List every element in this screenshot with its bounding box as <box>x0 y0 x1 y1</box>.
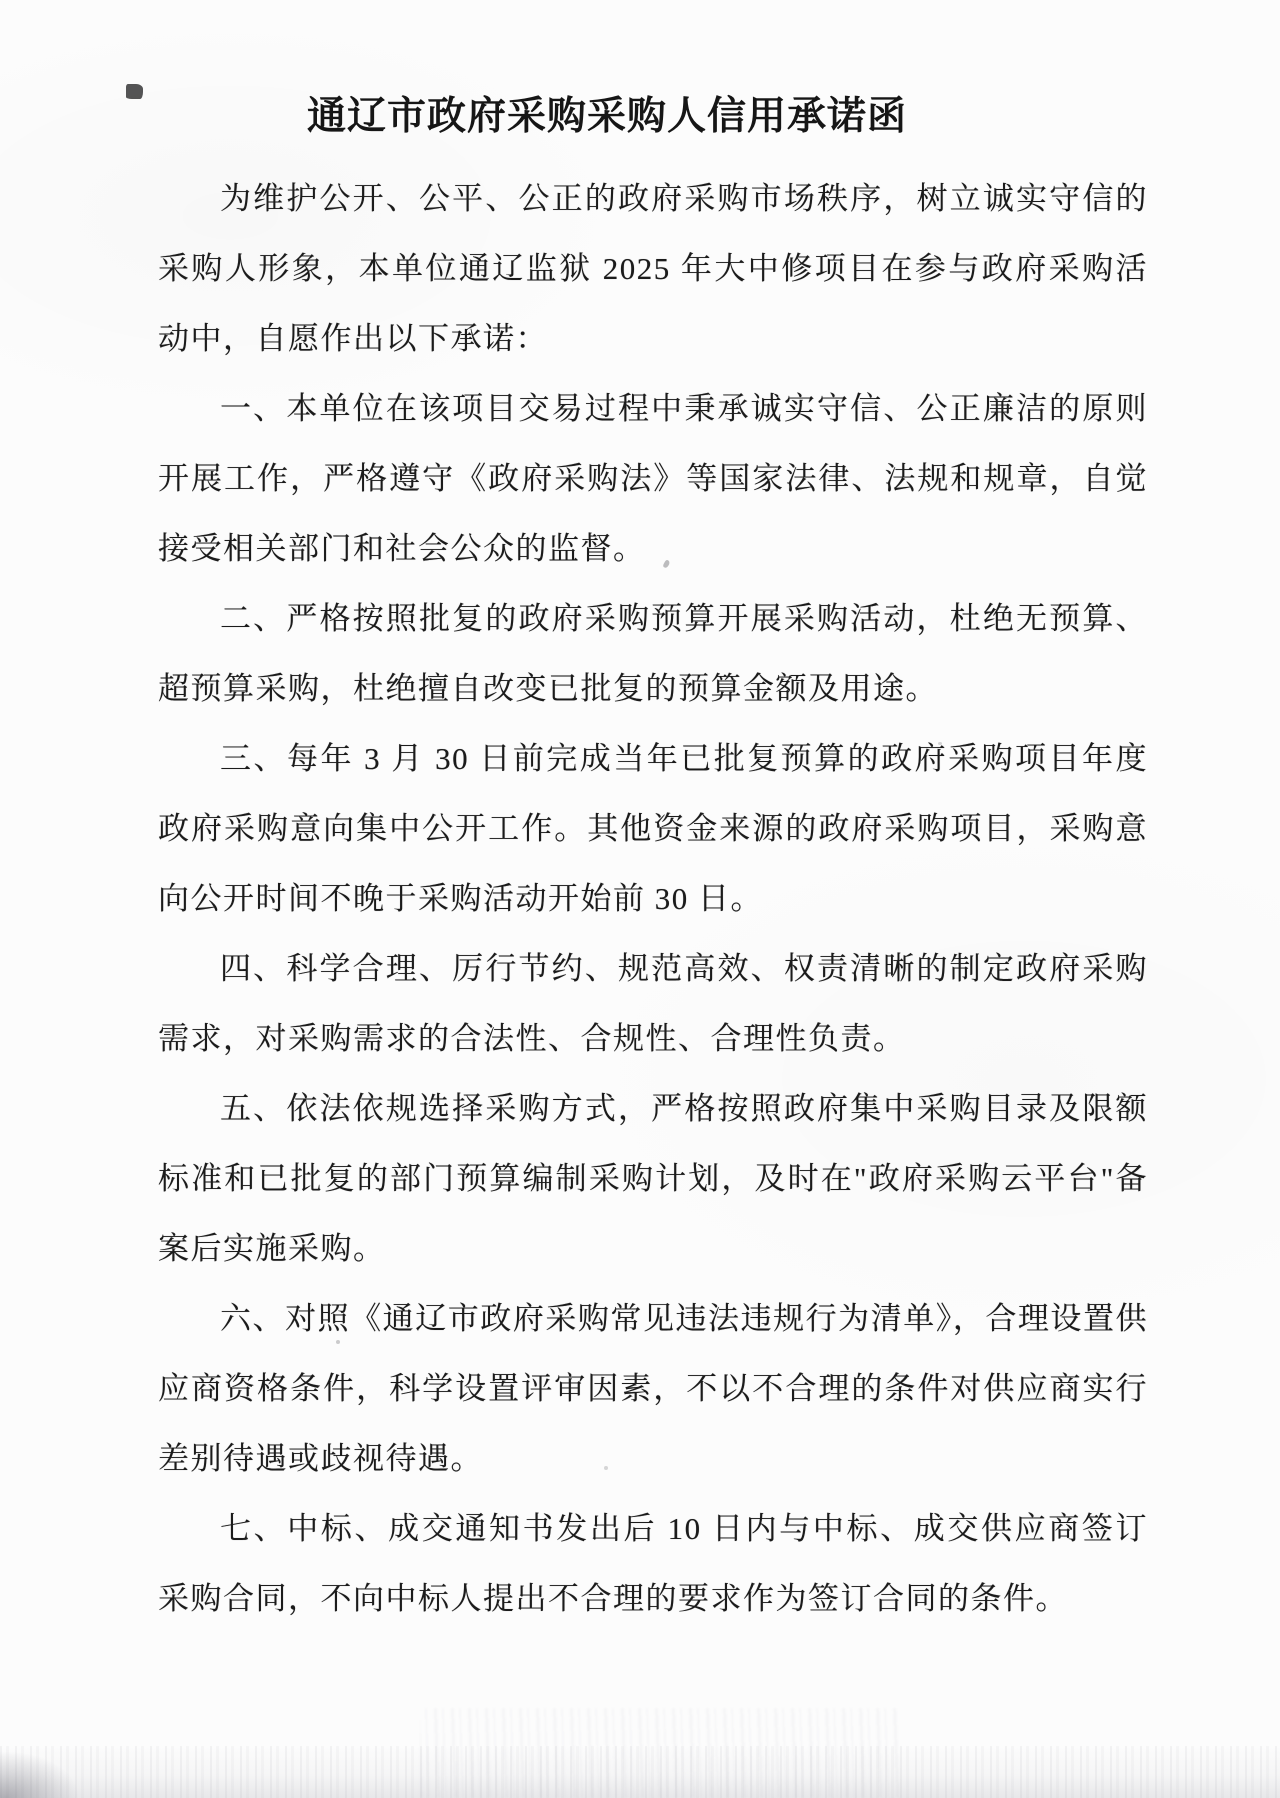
paragraph-item-5: 五、依法依规选择采购方式，严格按照政府集中采购目录及限额标准和已批复的部门预算编… <box>158 1074 1148 1284</box>
document-page: 通辽市政府采购采购人信用承诺函 为维护公开、公平、公正的政府采购市场秩序，树立诚… <box>0 0 1280 1798</box>
paragraph-item-7: 七、中标、成交通知书发出后 10 日内与中标、成交供应商签订采购合同，不向中标人… <box>158 1494 1148 1634</box>
document-title: 通辽市政府采购采购人信用承诺函 <box>112 88 1102 146</box>
paragraph-item-3: 三、每年 3 月 30 日前完成当年已批复预算的政府采购项目年度政府采购意向集中… <box>158 724 1148 934</box>
scan-speck <box>604 1466 608 1470</box>
paragraph-item-2: 二、严格按照批复的政府采购预算开展采购活动，杜绝无预算、超预算采购，杜绝擅自改变… <box>158 584 1148 724</box>
paragraph-item-1: 一、本单位在该项目交易过程中秉承诚实守信、公正廉洁的原则开展工作，严格遵守《政府… <box>158 374 1148 584</box>
paragraph-intro: 为维护公开、公平、公正的政府采购市场秩序，树立诚实守信的采购人形象，本单位通辽监… <box>158 164 1148 374</box>
scan-bottom-haze <box>0 1746 1280 1798</box>
scan-speck <box>938 742 942 745</box>
scan-ink-blob <box>126 84 143 99</box>
paragraph-item-6: 六、对照《通辽市政府采购常见违法违规行为清单》，合理设置供应商资格条件，科学设置… <box>158 1284 1148 1494</box>
document-body: 为维护公开、公平、公正的政府采购市场秩序，树立诚实守信的采购人形象，本单位通辽监… <box>158 164 1148 1634</box>
scan-speck <box>336 1340 340 1344</box>
paragraph-item-4: 四、科学合理、厉行节约、规范高效、权责清晰的制定政府采购需求，对采购需求的合法性… <box>158 934 1148 1074</box>
scan-corner-smudge <box>0 1752 78 1798</box>
